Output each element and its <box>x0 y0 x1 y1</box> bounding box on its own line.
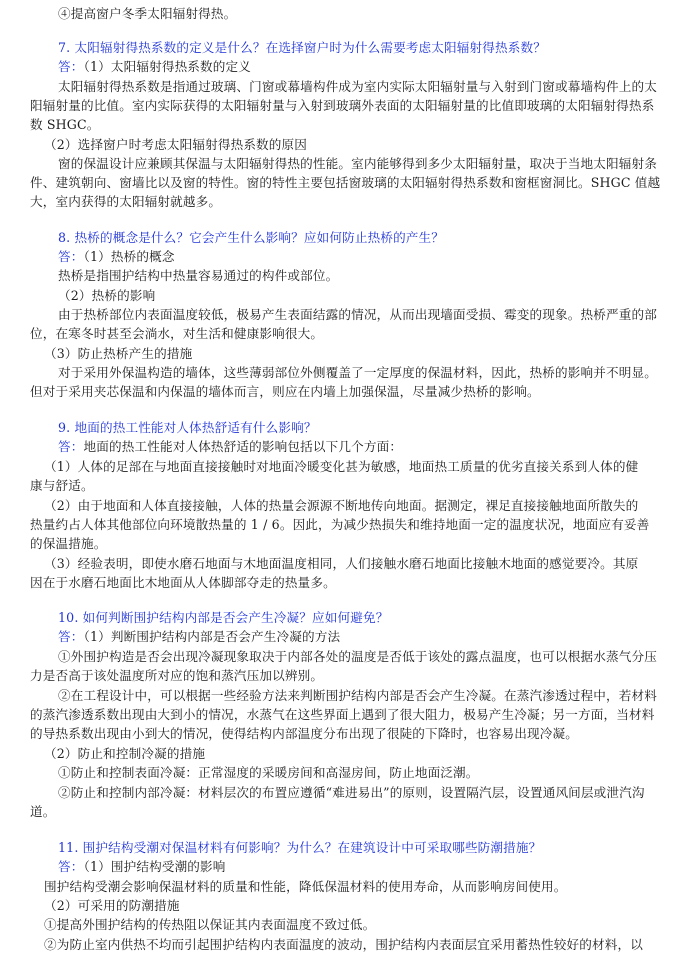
line-text: （2）选择窗户时考虑太阳辐射得热系数的原因 <box>44 137 307 152</box>
body-line: ①提高外围护结构的传热阻以保证其内表面温度不致过低。 <box>44 915 375 934</box>
line-text: （1）判断围护结构内部是否会产生冷凝的方法 <box>84 629 341 644</box>
body-line: （3）防止热桥产生的措施 <box>44 344 192 363</box>
body-line: 的保温措施。 <box>30 534 106 553</box>
body-line: （2）由于地面和人体直接接触，人体的热量会源源不断地传向地面。据测定，裸足直接接… <box>44 496 638 515</box>
line-text: 阳辐射量的比值。室内实际获得的太阳辐射量与入射到玻璃外表面的太阳辐射量的比值即玻… <box>30 98 654 113</box>
line-text: 围护结构受潮会影响保温材料的质量和性能，降低保温材料的使用寿命，从而影响房间使用… <box>44 879 567 894</box>
line-text: 力是否高于该处温度所对应的饱和蒸汽压加以辨别。 <box>30 668 323 683</box>
answer-label: 答： <box>58 439 84 454</box>
line-text: （1）热桥的概念 <box>84 249 175 264</box>
question-heading: 11. 围护结构受潮对保温材料有何影响？为什么？在建筑设计中可采取哪些防潮措施？ <box>58 838 541 857</box>
line-text: 康与舒适。 <box>30 478 94 493</box>
line-text: 对于采用外保温构造的墙体，这些薄弱部位外侧覆盖了一定厚度的保温材料，因此，热桥的… <box>58 365 657 380</box>
body-line: （2）热桥的影响 <box>58 286 155 305</box>
line-text: ②为防止室内供热不均而引起围护结构内表面温度的波动，围护结构内表面层宜采用蓄热性… <box>44 937 643 952</box>
body-line: ②在工程设计中，可以根据一些经验方法来判断围护结构内部是否会产生冷凝。在蒸汽渗透… <box>58 686 657 705</box>
line-text: 由于热桥部位内表面温度较低，极易产生表面结露的情况，从而出现墙面受损、霉变的现象… <box>58 307 657 322</box>
line-text: （3）防止热桥产生的措施 <box>44 346 192 361</box>
answer-line: 答：（1）太阳辐射得热系数的定义 <box>58 57 251 76</box>
line-text: 因在于水磨石地面比木地面从人体脚部夺走的热量多。 <box>30 575 336 590</box>
line-text: 但对于采用夹芯保温和内保温的墙体而言，则应在内墙上加强保温，尽量减少热桥的影响。 <box>30 384 540 399</box>
line-text: ①提高外围护结构的传热阻以保证其内表面温度不致过低。 <box>44 917 375 932</box>
body-line: 位，在寒冬时甚至会淌水，对生活和健康影响很大。 <box>30 324 323 343</box>
line-text: ①外围护构造是否会出现冷凝现象取决于内部各处的温度是否低于该处的露点温度，也可以… <box>58 649 657 664</box>
line-text: 太阳辐射得热系数是指通过玻璃、门窗或幕墙构件成为室内实际太阳辐射量与入射到门窗或… <box>58 79 657 94</box>
line-text: 9. 地面的热工性能对人体热舒适有什么影响？ <box>58 420 317 435</box>
body-line: （1）人体的足部在与地面直接接触时对地面冷暖变化甚为敏感，地面热工质量的优劣直接… <box>44 457 638 476</box>
body-line: 大，室内获得的太阳辐射就越多。 <box>30 192 221 211</box>
answer-label: 答： <box>58 249 84 264</box>
body-line: 的导热系数出现由小到大的情况，使得结构内部温度分布出现了很陡的下降时，也容易出现… <box>30 724 578 743</box>
answer-line: 答：（1）围护结构受潮的影响 <box>58 857 226 876</box>
line-text: （2）防止和控制冷凝的措施 <box>44 746 205 761</box>
line-text: 热桥是指围护结构中热量容易通过的构件或部位。 <box>58 268 338 283</box>
body-line: ②防止和控制内部冷凝：材料层次的布置应遵循“难进易出”的原则，设置隔汽层，设置通… <box>58 783 645 802</box>
line-text: （1）围护结构受潮的影响 <box>84 859 226 874</box>
body-line: 道。 <box>30 802 56 821</box>
body-line: 但对于采用夹芯保温和内保温的墙体而言，则应在内墙上加强保温，尽量减少热桥的影响。 <box>30 382 540 401</box>
question-heading: 8. 热桥的概念是什么？它会产生什么影响？应如何防止热桥的产生？ <box>58 228 444 247</box>
body-line: 对于采用外保温构造的墙体，这些薄弱部位外侧覆盖了一定厚度的保温材料，因此，热桥的… <box>58 363 657 382</box>
question-heading: 10. 如何判断围护结构内部是否会产生冷凝？应如何避免？ <box>58 608 388 627</box>
body-line: 热桥是指围护结构中热量容易通过的构件或部位。 <box>58 266 338 285</box>
line-text: （2）热桥的影响 <box>58 288 155 303</box>
body-line: （2）选择窗户时考虑太阳辐射得热系数的原因 <box>44 135 307 154</box>
line-text: 的导热系数出现由小到大的情况，使得结构内部温度分布出现了很陡的下降时，也容易出现… <box>30 726 578 741</box>
line-text: （3）经验表明，即使水磨石地面与木地面温度相同，人们接触水磨石地面比接触木地面的… <box>44 556 638 571</box>
line-text: 热量约占人体其他部位向环境散热量的 1 / 6。因此，为减少热损失和维持地面一定… <box>30 517 649 532</box>
body-line: ②为防止室内供热不均而引起围护结构内表面温度的波动，围护结构内表面层宜采用蓄热性… <box>44 935 643 954</box>
body-line: 的蒸汽渗透系数出现由大到小的情况，水蒸气在这些界面上遇到了很大阻力，极易产生冷凝… <box>30 705 654 724</box>
body-line: 数 SHGC。 <box>30 115 100 134</box>
line-text: 数 SHGC。 <box>30 117 100 132</box>
line-text: 11. 围护结构受潮对保温材料有何影响？为什么？在建筑设计中可采取哪些防潮措施？ <box>58 840 541 855</box>
line-text: 的蒸汽渗透系数出现由大到小的情况，水蒸气在这些界面上遇到了很大阻力，极易产生冷凝… <box>30 707 654 722</box>
line-text: 道。 <box>30 804 56 819</box>
line-text: 地面的热工性能对人体热舒适的影响包括以下几个方面： <box>84 439 403 454</box>
line-text: ②在工程设计中，可以根据一些经验方法来判断围护结构内部是否会产生冷凝。在蒸汽渗透… <box>58 688 657 703</box>
line-text: （1）人体的足部在与地面直接接触时对地面冷暖变化甚为敏感，地面热工质量的优劣直接… <box>44 459 638 474</box>
line-text: 的保温措施。 <box>30 536 106 551</box>
line-text: 7. 太阳辐射得热系数的定义是什么？在选择窗户时为什么需要考虑太阳辐射得热系数？ <box>58 40 546 55</box>
answer-label: 答： <box>58 859 84 874</box>
body-line: ①外围护构造是否会出现冷凝现象取决于内部各处的温度是否低于该处的露点温度，也可以… <box>58 647 657 666</box>
body-line: 力是否高于该处温度所对应的饱和蒸汽压加以辨别。 <box>30 666 323 685</box>
body-line: 窗的保温设计应兼顾其保温与太阳辐射得热的性能。室内能够得到多少太阳辐射量，取决于… <box>58 154 657 173</box>
body-line: 康与舒适。 <box>30 476 94 495</box>
body-line: 围护结构受潮会影响保温材料的质量和性能，降低保温材料的使用寿命，从而影响房间使用… <box>44 877 567 896</box>
line-text: 位，在寒冬时甚至会淌水，对生活和健康影响很大。 <box>30 326 323 341</box>
answer-line: 答：（1）判断围护结构内部是否会产生冷凝的方法 <box>58 627 340 646</box>
body-line: 由于热桥部位内表面温度较低，极易产生表面结露的情况，从而出现墙面受损、霉变的现象… <box>58 305 657 324</box>
body-line: 因在于水磨石地面比木地面从人体脚部夺走的热量多。 <box>30 573 336 592</box>
line-text: ①防止和控制表面冷凝：正常湿度的采暖房间和高湿房间，防止地面泛潮。 <box>58 765 479 780</box>
body-line: 热量约占人体其他部位向环境散热量的 1 / 6。因此，为减少热损失和维持地面一定… <box>30 515 649 534</box>
body-line: ①防止和控制表面冷凝：正常湿度的采暖房间和高湿房间，防止地面泛潮。 <box>58 763 479 782</box>
line-text: （2）由于地面和人体直接接触，人体的热量会源源不断地传向地面。据测定，裸足直接接… <box>44 498 638 513</box>
answer-line: 答：（1）热桥的概念 <box>58 247 175 266</box>
question-heading: 7. 太阳辐射得热系数的定义是什么？在选择窗户时为什么需要考虑太阳辐射得热系数？ <box>58 38 546 57</box>
answer-line: 答：地面的热工性能对人体热舒适的影响包括以下几个方面： <box>58 437 402 456</box>
line-text: 10. 如何判断围护结构内部是否会产生冷凝？应如何避免？ <box>58 610 388 625</box>
answer-label: 答： <box>58 629 84 644</box>
line-text: ②防止和控制内部冷凝：材料层次的布置应遵循“难进易出”的原则，设置隔汽层，设置通… <box>58 785 645 800</box>
body-line: ④提高窗户冬季太阳辐射得热。 <box>58 4 236 23</box>
line-text: ④提高窗户冬季太阳辐射得热。 <box>58 6 236 21</box>
line-text: （1）太阳辐射得热系数的定义 <box>84 59 252 74</box>
body-line: （3）经验表明，即使水磨石地面与木地面温度相同，人们接触水磨石地面比接触木地面的… <box>44 554 638 573</box>
line-text: 件、建筑朝向、窗墙比以及窗的特性。窗的特性主要包括窗玻璃的太阳辐射得热系数和窗框… <box>30 175 660 190</box>
body-line: 件、建筑朝向、窗墙比以及窗的特性。窗的特性主要包括窗玻璃的太阳辐射得热系数和窗框… <box>30 173 660 192</box>
body-line: 太阳辐射得热系数是指通过玻璃、门窗或幕墙构件成为室内实际太阳辐射量与入射到门窗或… <box>58 77 657 96</box>
body-line: （2）防止和控制冷凝的措施 <box>44 744 205 763</box>
line-text: 8. 热桥的概念是什么？它会产生什么影响？应如何防止热桥的产生？ <box>58 230 444 245</box>
body-line: （2）可采用的防潮措施 <box>44 896 180 915</box>
question-heading: 9. 地面的热工性能对人体热舒适有什么影响？ <box>58 418 317 437</box>
line-text: 窗的保温设计应兼顾其保温与太阳辐射得热的性能。室内能够得到多少太阳辐射量，取决于… <box>58 156 657 171</box>
line-text: 大，室内获得的太阳辐射就越多。 <box>30 194 221 209</box>
body-line: 阳辐射量的比值。室内实际获得的太阳辐射量与入射到玻璃外表面的太阳辐射量的比值即玻… <box>30 96 654 115</box>
line-text: （2）可采用的防潮措施 <box>44 898 180 913</box>
answer-label: 答： <box>58 59 84 74</box>
